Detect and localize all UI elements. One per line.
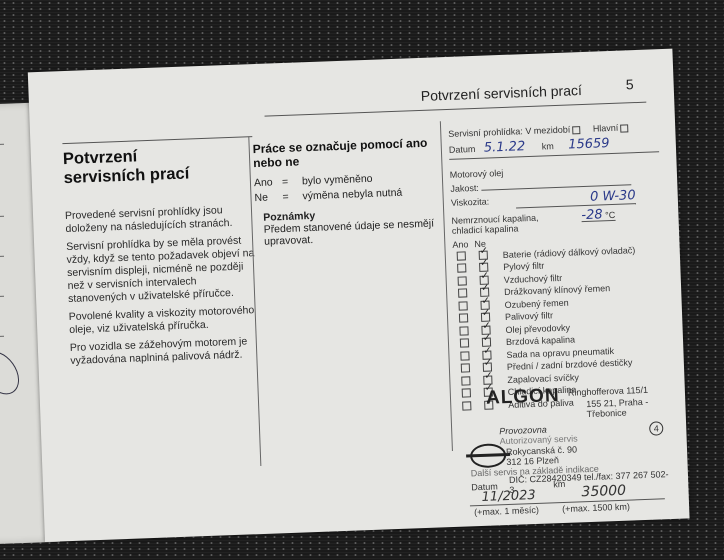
yes-checkbox[interactable] <box>462 401 471 410</box>
next-km-note: (+max. 1500 km) <box>562 502 630 514</box>
opel-logo-icon <box>470 443 507 468</box>
antifreeze-value[interactable]: -28 <box>581 207 603 223</box>
next-date-note: (+max. 1 měsíc) <box>474 505 539 517</box>
date-label: Datum <box>449 144 476 155</box>
yes-checkbox[interactable] <box>458 276 467 285</box>
yes-checkbox[interactable] <box>460 351 469 360</box>
legend-eq: = <box>282 174 303 190</box>
stamp-address: 155 21, Praha - Třebonice <box>586 396 669 419</box>
legend-value: výměna nebyla nutná <box>302 186 402 205</box>
yes-checkbox[interactable] <box>459 313 468 322</box>
yes-checkbox[interactable] <box>460 338 469 347</box>
main-checkbox[interactable] <box>620 124 628 132</box>
km-label: km <box>542 141 554 151</box>
viscosity-value[interactable]: 0 W-30 <box>515 189 635 208</box>
legend-heading: Práce se označuje pomocí ano nebo ne <box>252 135 443 170</box>
quality-label: Jakost: <box>450 183 479 194</box>
circle-number: 4 <box>649 421 664 436</box>
col-yes: Ano <box>452 239 474 251</box>
booklet-page: Potvrzení servisních prací 5 Potvrzení s… <box>28 49 690 542</box>
antifreeze-unit: °C <box>605 210 615 220</box>
divider <box>0 296 4 297</box>
yes-checkbox[interactable] <box>459 326 468 335</box>
yes-checkbox[interactable] <box>461 363 470 372</box>
divider <box>62 136 252 144</box>
date-value[interactable]: 5.1.22 <box>484 139 526 156</box>
main-label: Hlavní <box>593 123 619 134</box>
interim-checkbox[interactable] <box>572 126 580 134</box>
divider <box>0 336 4 337</box>
next-km-value[interactable]: 35000 <box>581 483 626 501</box>
section-title: Potvrzení servisních prací <box>63 143 254 188</box>
running-title: Potvrzení servisních prací <box>421 82 583 104</box>
signature-scribble <box>0 344 27 402</box>
divider <box>0 144 4 145</box>
service-form: Servisní prohlídka: V mezidobí Hlavní Da… <box>448 119 668 414</box>
legend-key: Ne <box>254 190 283 206</box>
intro-column: Potvrzení servisních prací Provedené ser… <box>62 136 260 373</box>
legend-eq: = <box>282 189 303 205</box>
divider <box>0 256 4 257</box>
viscosity-label: Viskozita: <box>451 196 490 207</box>
yes-checkbox[interactable] <box>458 301 467 310</box>
paragraph: Provedené servisní prohlídky jsou dolože… <box>65 203 256 236</box>
divider <box>0 216 4 217</box>
paragraph: Povolené kvality a viskozity motorového … <box>69 304 260 337</box>
paragraph: Pro vozidla se zážehovým motorem je vyža… <box>70 335 261 368</box>
paragraph: Servisní prohlídka by se měla provést vž… <box>66 234 258 306</box>
next-km-label: km <box>553 479 565 489</box>
notes-text: Předem stanovené údaje se nesmějí upravo… <box>263 218 434 248</box>
yes-checkbox[interactable] <box>457 263 466 272</box>
notes: Poznámky Předem stanovené údaje se nesmě… <box>263 205 446 248</box>
yes-checkbox[interactable] <box>458 288 467 297</box>
yes-checkbox[interactable] <box>461 376 470 385</box>
yes-checkbox[interactable] <box>457 251 466 260</box>
yes-checkbox[interactable] <box>462 388 471 397</box>
header-rule <box>265 102 647 117</box>
km-value[interactable]: 15659 <box>568 136 610 153</box>
inspection-label: Servisní prohlídka: <box>448 126 523 139</box>
legend-column: Práce se označuje pomocí ano nebo ne Ano… <box>252 129 446 248</box>
legend-key: Ano <box>254 175 283 191</box>
page-number: 5 <box>626 76 634 92</box>
stamp-brand: ALGON <box>486 385 560 410</box>
interim-label: V mezidobí <box>525 124 570 136</box>
